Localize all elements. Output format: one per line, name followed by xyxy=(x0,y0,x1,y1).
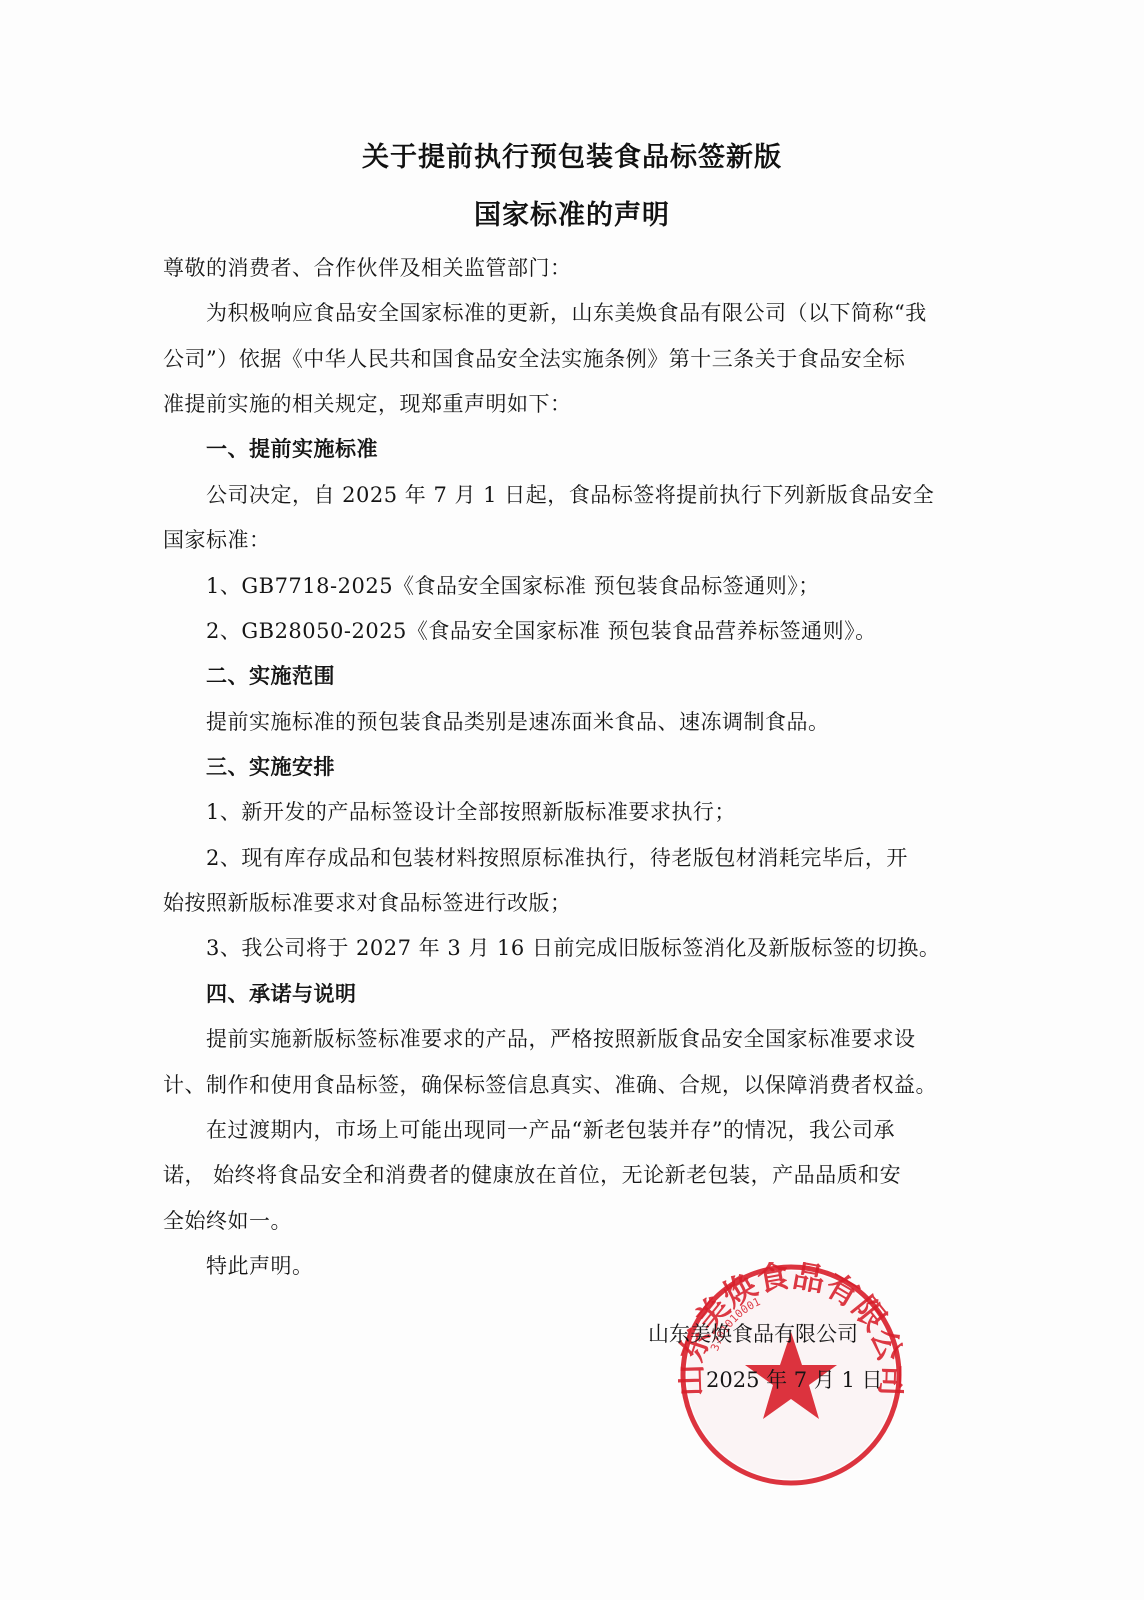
section4-body: 诺， 始终将食品安全和消费者的健康放在首位，无论新老包装，产品品质和安 xyxy=(163,1159,901,1189)
section1-item: 2、GB28050-2025《食品安全国家标准 预包装食品营养标签通则》。 xyxy=(206,615,877,645)
section3-item: 1、新开发的产品标签设计全部按照新版标准要求执行； xyxy=(206,796,736,826)
salutation: 尊敬的消费者、合作伙伴及相关监管部门： xyxy=(163,252,572,282)
closing: 特此声明。 xyxy=(206,1250,314,1280)
section4-body: 计、制作和使用食品标签，确保标签信息真实、准确、合规，以保障消费者权益。 xyxy=(163,1069,937,1099)
section2-heading: 二、实施范围 xyxy=(206,660,335,690)
section3-item: 2、现有库存成品和包装材料按照原标准执行，待老版包材消耗完毕后，开 xyxy=(206,842,908,872)
intro-line: 为积极响应食品安全国家标准的更新，山东美焕食品有限公司（以下简称“我 xyxy=(206,297,927,327)
document-title-line1: 关于提前执行预包装食品标签新版 xyxy=(0,135,1144,174)
section4-heading: 四、承诺与说明 xyxy=(206,978,357,1008)
section3-heading: 三、实施安排 xyxy=(206,751,335,781)
intro-line: 公司”）依据《中华人民共和国食品安全法实施条例》第十三条关于食品安全标 xyxy=(163,343,905,373)
document-title-line2: 国家标准的声明 xyxy=(0,193,1144,232)
section4-body: 提前实施新版标签标准要求的产品，严格按照新版食品安全国家标准要求设 xyxy=(206,1023,916,1053)
signature-company: 山东美焕食品有限公司 xyxy=(648,1318,858,1348)
section1-heading: 一、提前实施标准 xyxy=(206,433,378,463)
section4-body: 全始终如一。 xyxy=(163,1205,292,1235)
document-page: 关于提前执行预包装食品标签新版 国家标准的声明 尊敬的消费者、合作伙伴及相关监管… xyxy=(0,0,1144,1600)
signature-date: 2025 年 7 月 1 日 xyxy=(706,1364,883,1394)
section3-item: 3、我公司将于 2027 年 3 月 16 日前完成旧版标签消化及新版标签的切换… xyxy=(206,932,940,962)
section4-body: 在过渡期内，市场上可能出现同一产品“新老包装并存”的情况，我公司承 xyxy=(206,1114,895,1144)
intro-line: 准提前实施的相关规定，现郑重声明如下： xyxy=(163,388,572,418)
section3-item: 始按照新版标准要求对食品标签进行改版； xyxy=(163,887,572,917)
section1-body: 国家标准： xyxy=(163,524,271,554)
section2-body: 提前实施标准的预包装食品类别是速冻面米食品、速冻调制食品。 xyxy=(206,706,830,736)
section1-item: 1、GB7718-2025《食品安全国家标准 预包装食品标签通则》； xyxy=(206,570,820,600)
section1-body: 公司决定，自 2025 年 7 月 1 日起，食品标签将提前执行下列新版食品安全 xyxy=(206,479,934,509)
